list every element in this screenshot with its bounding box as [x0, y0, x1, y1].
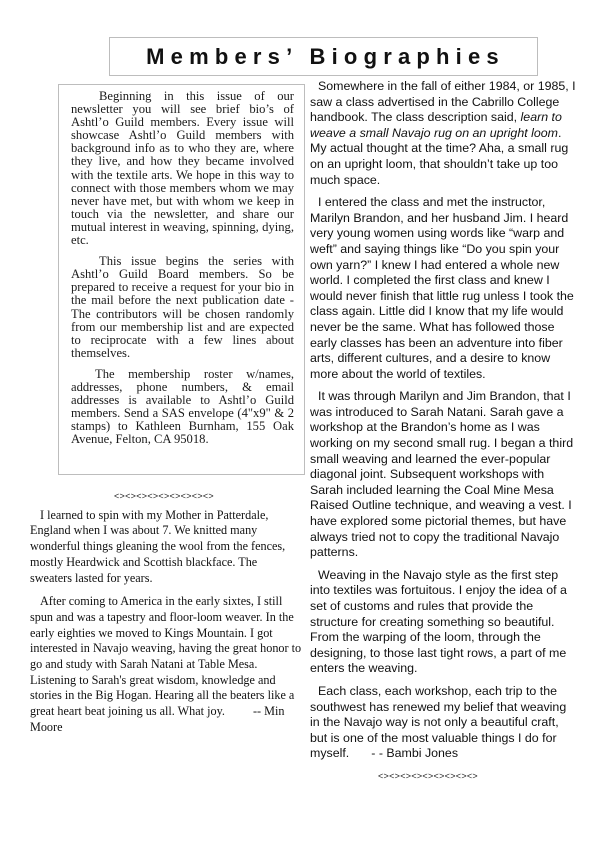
- title-box: Members’ Biographies: [109, 37, 538, 76]
- intro-box: Beginning in this issue of our newslette…: [58, 84, 305, 475]
- bio-paragraph: Somewhere in the fall of either 1984, or…: [308, 79, 578, 188]
- bio-text: After coming to America in the early six…: [30, 594, 301, 718]
- bio-bambi-jones: Somewhere in the fall of either 1984, or…: [308, 79, 578, 785]
- bio-paragraph: After coming to America in the early six…: [30, 594, 302, 735]
- bio-paragraph: I entered the class and met the instruct…: [308, 195, 578, 382]
- section-divider: <><><><><><><><><>: [308, 769, 578, 785]
- page-title: Members’ Biographies: [146, 44, 505, 70]
- bio-paragraph: It was through Marilyn and Jim Brandon, …: [308, 389, 578, 561]
- bio-paragraph: I learned to spin with my Mother in Patt…: [30, 508, 302, 587]
- bio-paragraph: Weaving in the Navajo style as the first…: [308, 568, 578, 677]
- bio-signature: - - Bambi Jones: [371, 746, 458, 760]
- intro-paragraph: The membership roster w/names, addresses…: [71, 368, 294, 447]
- bio-paragraph: Each class, each workshop, each trip to …: [308, 684, 578, 762]
- intro-paragraph: Beginning in this issue of our newslette…: [71, 90, 294, 247]
- intro-paragraph: This issue begins the series with Ashtl’…: [71, 255, 294, 360]
- section-divider: <><><><><><><><><>: [30, 489, 302, 505]
- bio-min-moore: <><><><><><><><><> I learned to spin wit…: [30, 485, 302, 744]
